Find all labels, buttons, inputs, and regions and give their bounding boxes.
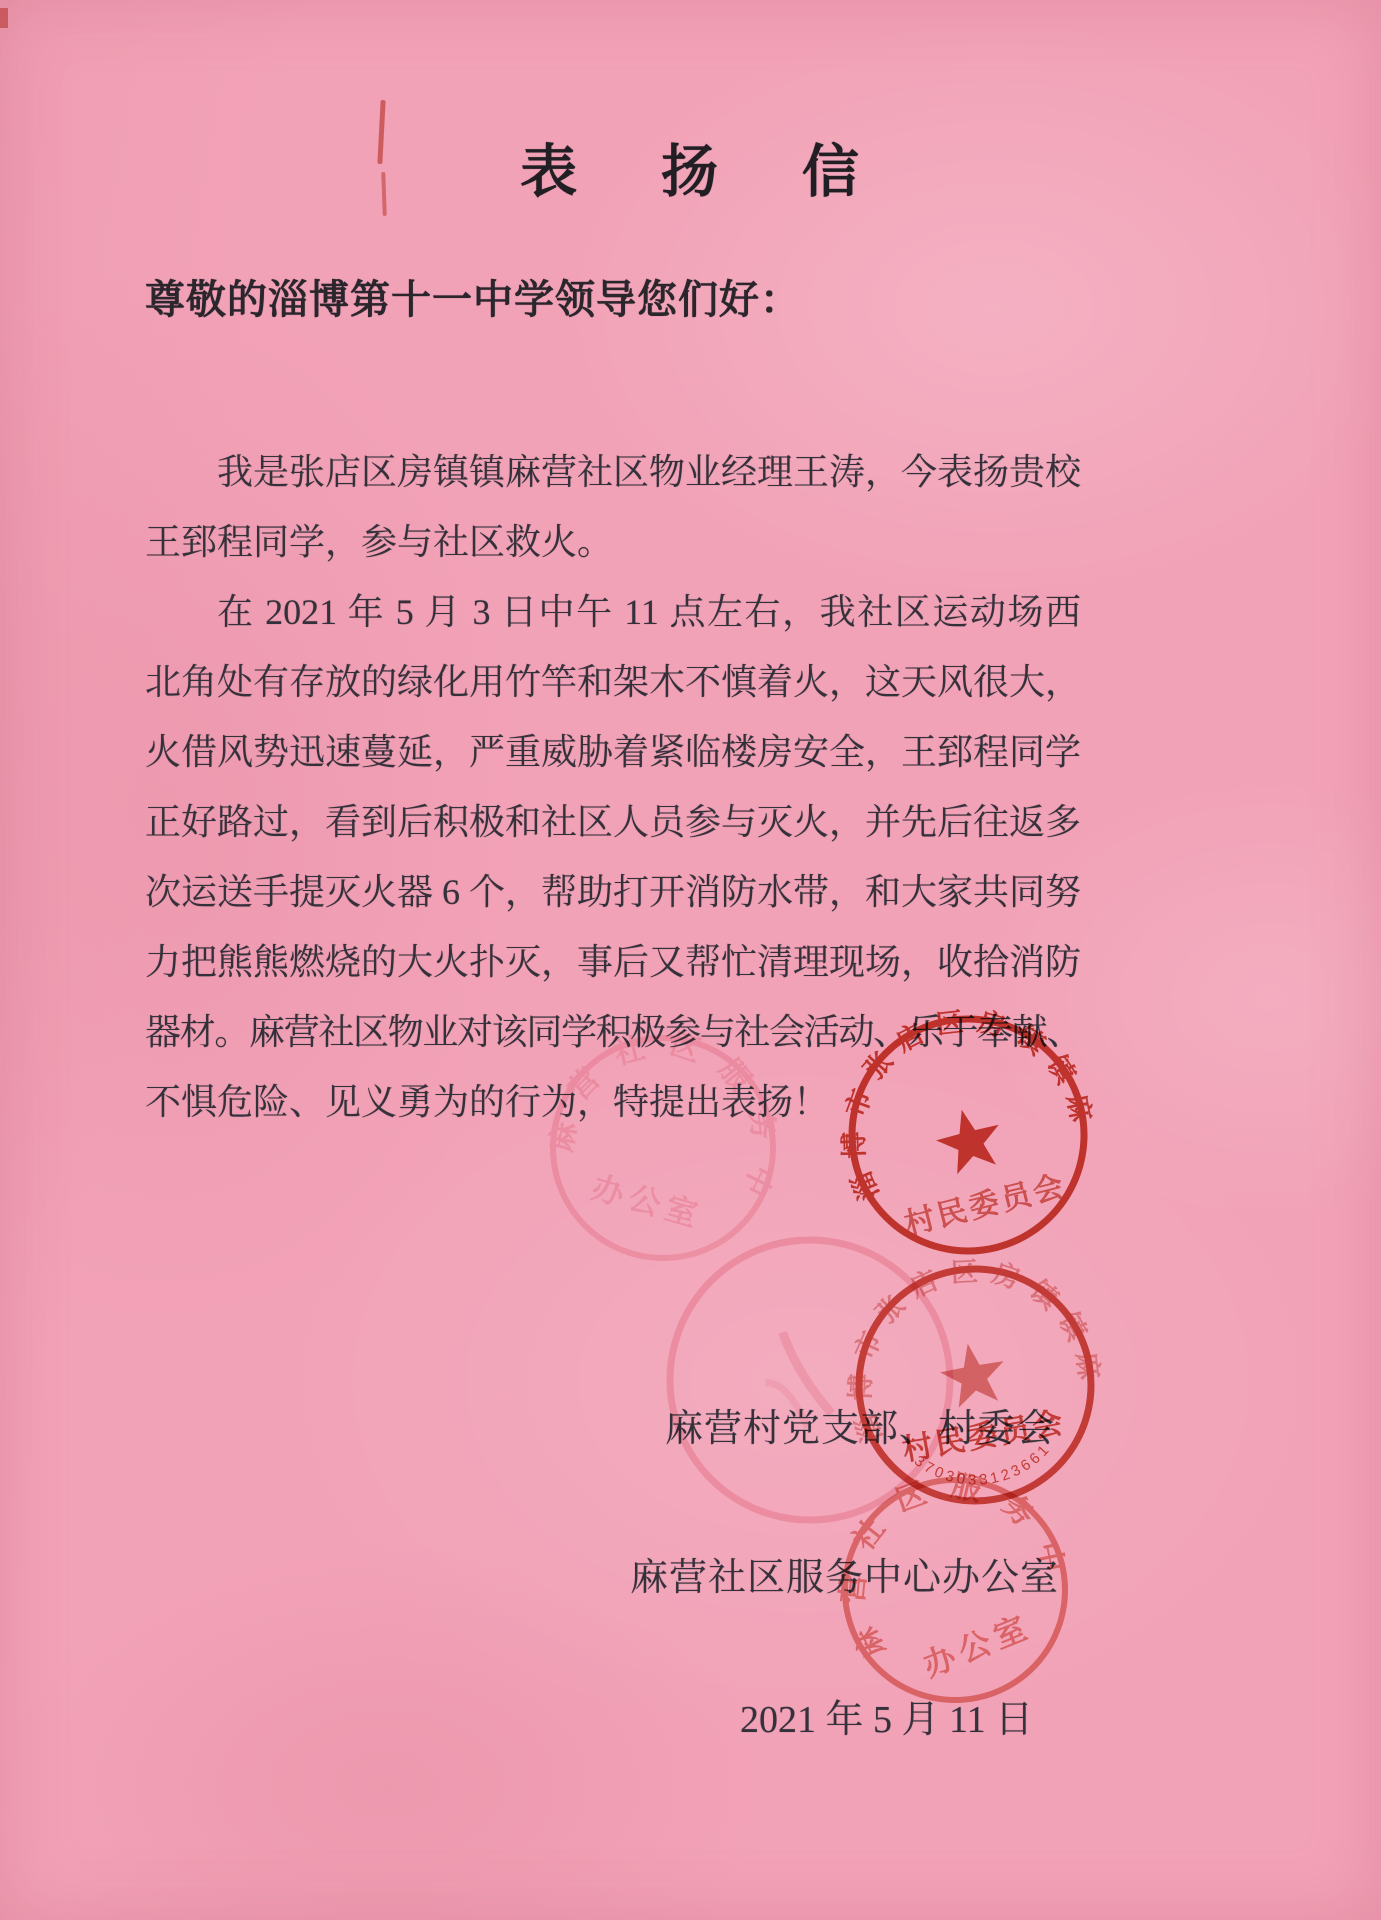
scanned-letter-page: 表 扬 信 尊敬的淄博第十一中学领导您们好： 我是张店区房镇镇麻营社区物业经理王…	[0, 0, 1381, 1920]
body-line: 北角处有存放的绿化用竹竿和架木不慎着火，这天风很大，	[145, 647, 1081, 717]
body-line: 王郅程同学，参与社区救火。	[145, 507, 1081, 577]
body-line: 我是张店区房镇镇麻营社区物业经理王涛，今表扬贵校	[145, 437, 1081, 507]
seal-smudge	[765, 1375, 808, 1435]
star-icon	[936, 1338, 1010, 1410]
page-title: 表 扬 信	[0, 126, 1381, 208]
body-line: 火借风势迅速蔓延，严重威胁着紧临楼房安全，王郅程同学	[145, 717, 1081, 787]
scan-artifact	[0, 8, 8, 28]
seal-center-text: 村民委员会	[901, 1169, 1069, 1241]
star-icon	[930, 1102, 1008, 1177]
body-line: 正好路过，看到后积极和社区人员参与灭火，并先后往返多	[145, 787, 1081, 857]
body-line: 在 2021 年 5 月 3 日中午 11 点左右，我社区运动场西	[145, 577, 1081, 647]
body-line: 次运送手提灭火器 6 个，帮助打开消防水带，和大家共同努	[145, 857, 1081, 927]
salutation: 尊敬的淄博第十一中学领导您们好：	[145, 268, 801, 325]
body-line: 力把熊熊燃烧的大火扑灭，事后又帮忙清理现场，收拾消防	[145, 927, 1081, 997]
seal-center-text: 办公室	[918, 1608, 1037, 1684]
seal-center-text: 办公室	[588, 1169, 708, 1235]
seal-smudge	[779, 1331, 831, 1416]
